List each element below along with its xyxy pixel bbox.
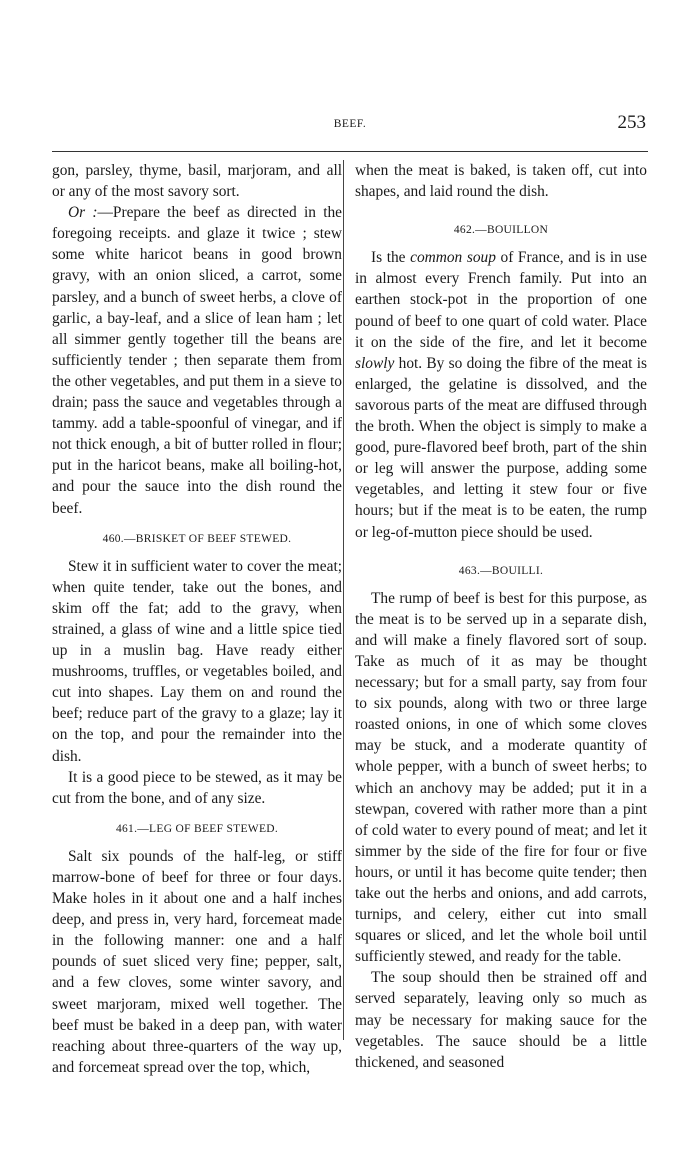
column-divider — [343, 160, 344, 1040]
text-run: hot. By so doing the fibre of the meat i… — [355, 355, 647, 541]
left-column: gon, parsley, thyme, basil, marjoram, an… — [52, 160, 342, 1078]
or-label: Or : — [68, 204, 98, 221]
right-column: when the meat is baked, is taken off, cu… — [355, 160, 647, 1073]
header-rule — [52, 151, 648, 152]
recipe-463-paragraph-2: The soup should then be strained off and… — [355, 967, 647, 1072]
continuation-paragraph: gon, parsley, thyme, basil, marjoram, an… — [52, 160, 342, 202]
emphasis-common-soup: common soup — [410, 249, 496, 266]
recipe-heading-463: 463.—BOUILLI. — [355, 561, 647, 582]
running-head: BEEF. 253 — [52, 112, 648, 136]
recipe-heading-462: 462.—BOUILLON — [355, 220, 647, 241]
recipe-462-paragraph-1: Is the common soup of France, and is in … — [355, 247, 647, 542]
variation-text: —Prepare the beef as directed in the for… — [52, 204, 342, 516]
recipe-460-paragraph-2: It is a good piece to be stewed, as it m… — [52, 767, 342, 809]
recipe-463-paragraph-1: The rump of beef is best for this purpos… — [355, 588, 647, 968]
variation-paragraph: Or :—Prepare the beef as directed in the… — [52, 202, 342, 518]
running-title: BEEF. — [52, 118, 648, 130]
text-run: Is the — [371, 249, 410, 266]
recipe-heading-460: 460.—BRISKET OF BEEF STEWED. — [52, 529, 342, 550]
page-number: 253 — [618, 112, 647, 134]
recipe-heading-461: 461.—LEG OF BEEF STEWED. — [52, 819, 342, 840]
continuation-paragraph-right: when the meat is baked, is taken off, cu… — [355, 160, 647, 202]
recipe-461-paragraph-1: Salt six pounds of the half-leg, or stif… — [52, 846, 342, 1078]
emphasis-slowly: slowly — [355, 355, 394, 372]
recipe-460-paragraph-1: Stew it in sufficient water to cover the… — [52, 556, 342, 767]
